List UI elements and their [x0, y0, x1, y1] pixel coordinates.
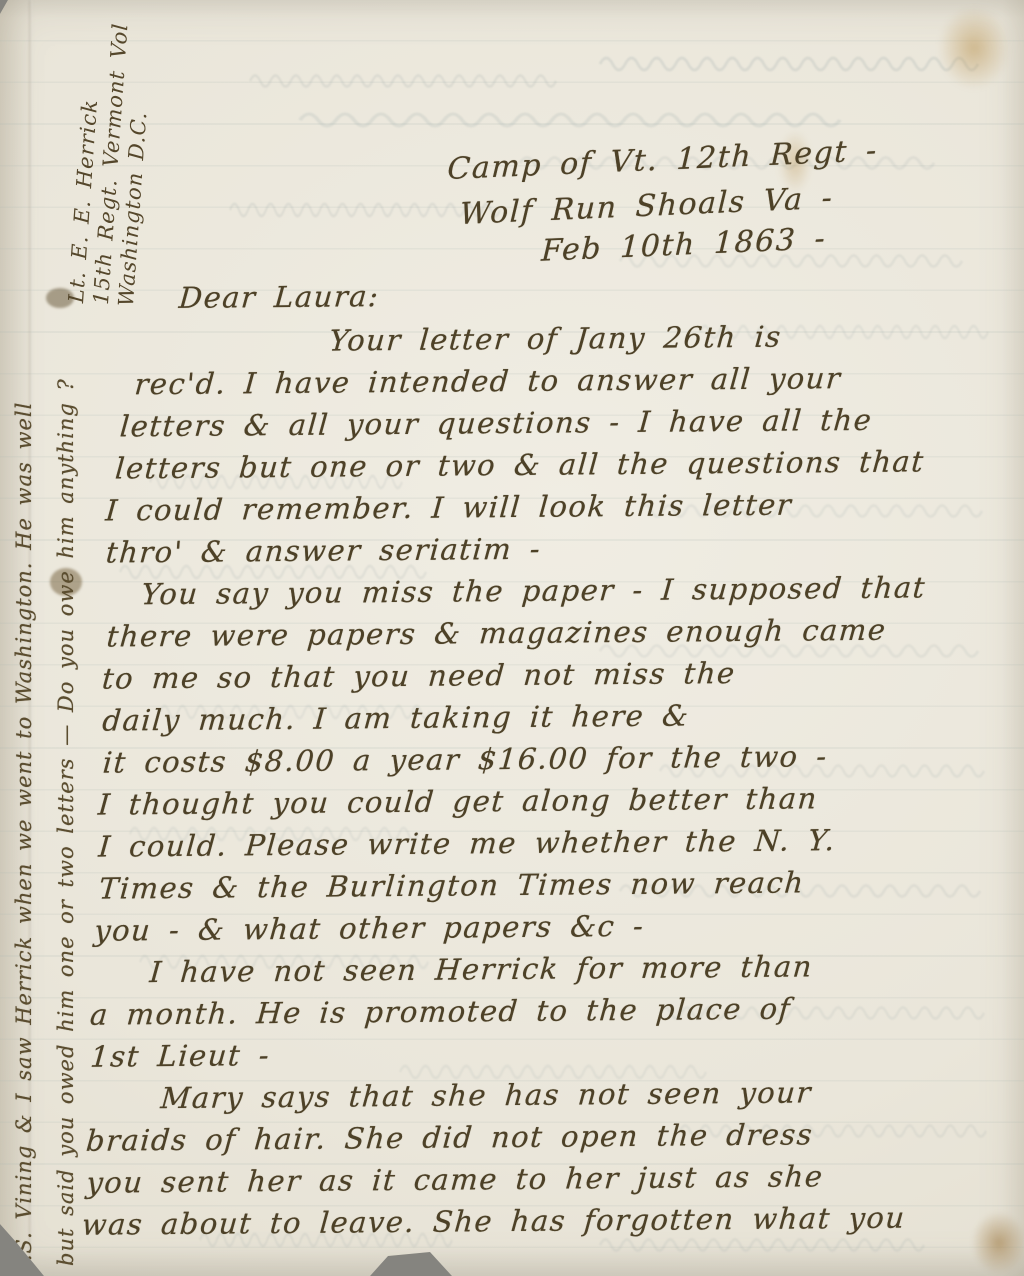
letter-body: Your letter of Jany 26th is rec'd. I hav…: [0, 314, 1024, 1247]
scanned-letter: Lt. E. E. Herrick 15th Regt. Vermont Vol…: [0, 0, 1024, 1276]
body-line: Mary says that she has not seen your: [159, 1069, 1024, 1119]
body-line: was about to leave. She has forgotten wh…: [80, 1195, 1024, 1245]
heading-camp-line: Camp of Vt. 12th Regt -: [447, 133, 879, 187]
letter-page: Lt. E. E. Herrick 15th Regt. Vermont Vol…: [0, 0, 1024, 1276]
letter-text: Camp of Vt. 12th Regt - Wolf Run Shoals …: [0, 0, 1024, 1276]
heading-date-line: Feb 10th 1863 -: [541, 221, 827, 268]
body-line: Your letter of Jany 26th is: [328, 314, 1024, 362]
salutation: Dear Laura:: [178, 279, 381, 315]
